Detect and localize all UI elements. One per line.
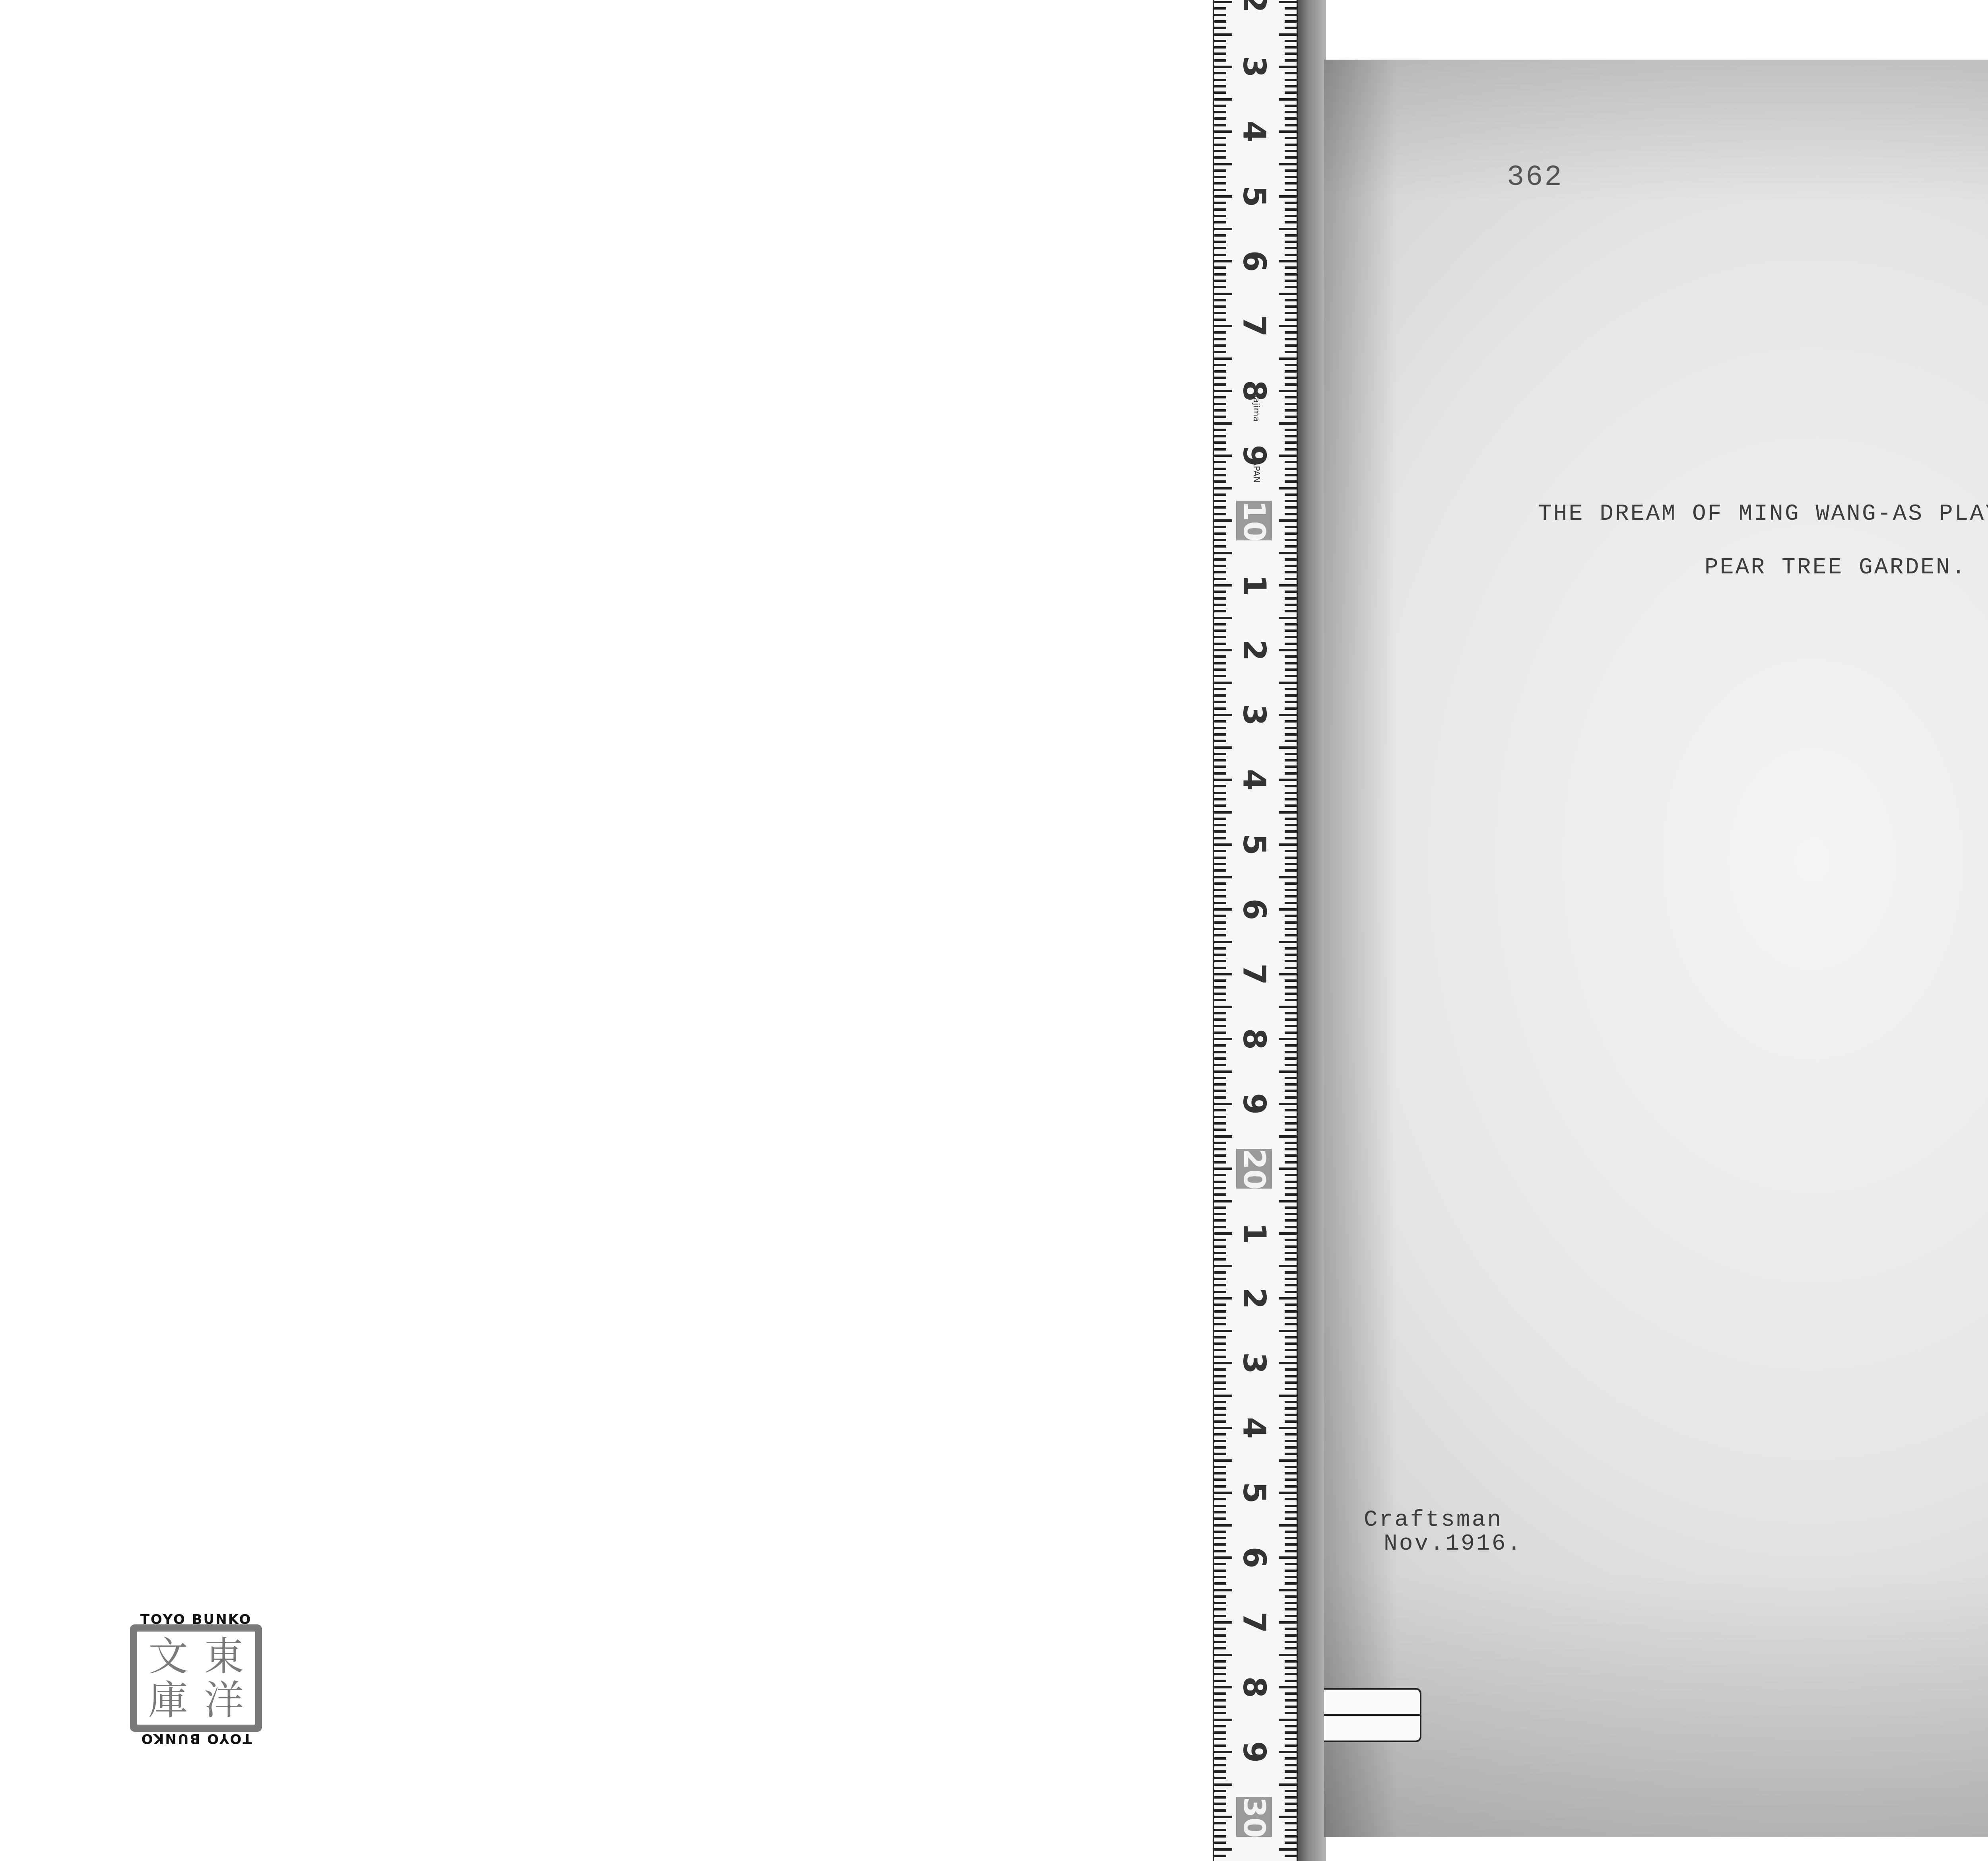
ruler-tick [1214,1356,1226,1358]
ruler-tick [1214,1388,1226,1390]
ruler-tick [1285,694,1297,697]
ruler-tick [1214,882,1226,885]
ruler-tick [1285,1375,1297,1377]
ruler-tick [1214,195,1232,198]
ruler-tick [1214,1044,1226,1047]
ruler-tick [1285,1478,1297,1481]
ruler-tick [1285,182,1297,185]
ruler-tick [1285,79,1297,81]
ruler-tick [1285,895,1297,897]
ruler-tick [1285,804,1297,807]
ruler-tick [1285,1576,1297,1578]
ruler-tick [1285,1310,1297,1313]
ruler-tick [1279,357,1297,360]
ruler-number: 7 [1236,1605,1272,1640]
ruler-tick [1214,461,1226,463]
ruler-tick [1285,1044,1297,1047]
ruler-tick [1285,52,1297,55]
ruler-tick [1285,921,1297,924]
ruler-tick [1285,1517,1297,1520]
ruler-tick [1285,578,1297,580]
ruler-tick [1214,319,1226,321]
seal-char: 東 [196,1635,252,1678]
ruler-tick [1214,1809,1226,1812]
ruler-tick [1285,1712,1297,1714]
ruler-tick [1214,623,1226,626]
ruler-tick [1285,254,1297,256]
ruler-tick [1214,850,1226,852]
ruler-tick [1279,1719,1297,1721]
ruler-tick [1285,111,1297,113]
ruler-tick [1285,1388,1297,1390]
ruler-tick [1279,390,1297,392]
ruler-tick [1214,266,1226,269]
ruler-tick [1214,1466,1226,1468]
ruler-tick [1285,1570,1297,1572]
ruler-tick [1214,130,1232,133]
ruler-tick [1214,1297,1232,1300]
ruler-tick [1285,824,1297,826]
ruler-tick [1285,1563,1297,1565]
ruler-tick [1285,1342,1297,1345]
ruler-tick [1285,46,1297,49]
ruler-tick [1285,740,1297,742]
ruler-tick [1214,357,1232,360]
ruler-tick [1214,1401,1226,1403]
ruler-tick [1214,1647,1226,1649]
ruler-tick [1285,1258,1297,1261]
ruler-tick [1214,351,1226,353]
ruler-tick [1285,792,1297,794]
ruler-tick [1214,1181,1226,1183]
ruler-tick [1285,967,1297,969]
ruler-tick [1285,1122,1297,1125]
ruler-tick [1285,591,1297,593]
ruler-tick [1285,14,1297,16]
ruler-tick [1285,830,1297,833]
ruler-tick [1279,714,1297,716]
ruler-tick [1214,111,1226,113]
ruler-tick [1214,1790,1226,1792]
ruler-tick [1214,487,1232,490]
ruler-tick [1285,565,1297,567]
label-row [1324,1714,1421,1742]
ruler-number: 5 [1236,827,1272,863]
ruler-tick [1214,59,1226,62]
ruler-tick [1285,1148,1297,1150]
ruler-number: 9 [1236,1086,1272,1122]
ruler-tick [1214,241,1226,243]
ruler-tick [1214,1057,1226,1060]
title-line-2: PEAR TREE GARDEN. [1705,555,1967,581]
ruler-tick [1214,908,1232,911]
ruler-tick [1285,604,1297,606]
ruler-tick [1214,694,1226,697]
ruler-tick [1285,124,1297,126]
ruler-tick [1214,144,1226,146]
ruler-tick [1214,163,1232,165]
ruler-tick [1285,383,1297,386]
ruler-tick [1214,701,1226,703]
ruler-tick [1214,1453,1226,1455]
ruler-tick [1279,228,1297,230]
ruler-tick [1279,1103,1297,1105]
ruler-tick [1214,869,1226,872]
ruler-tick [1214,286,1226,288]
ruler-tick [1279,455,1297,457]
ruler-tick [1285,1699,1297,1702]
ruler-tick [1285,993,1297,995]
ruler-tick [1214,1712,1226,1714]
ruler-tick [1214,150,1226,152]
ruler-tick [1214,1161,1226,1164]
ruler-tick [1214,941,1232,943]
ruler-tick [1285,1433,1297,1436]
ruler-tick [1214,1265,1232,1267]
ruler-tick [1214,98,1232,101]
ruler-tick [1214,1511,1226,1513]
ruler-tick [1279,649,1297,651]
ruler-tick [1214,526,1226,528]
ruler-tick [1214,643,1226,645]
ruler-tick [1285,1466,1297,1468]
ruler-tick [1214,1796,1226,1799]
ruler-tick [1214,1381,1226,1384]
ruler-tick [1279,1654,1297,1656]
ruler-tick [1214,1187,1226,1189]
ruler-tick [1214,429,1226,431]
ruler-number: 2 [1236,632,1272,668]
ruler-tick [1214,1764,1226,1766]
ruler-tick [1214,999,1226,1001]
ruler-tick [1214,1070,1232,1073]
ruler-tick [1285,1582,1297,1585]
ruler-tick [1214,1576,1226,1578]
ruler-tick [1285,27,1297,29]
ruler-tick [1285,1271,1297,1274]
ruler-tick [1285,448,1297,451]
ruler-number: 4 [1236,1410,1272,1446]
ruler-tick [1279,1265,1297,1267]
ruler-tick [1214,1608,1226,1610]
ruler-tick [1214,506,1226,509]
ruler-tick [1285,1855,1297,1857]
ruler-tick [1285,1738,1297,1740]
ruler-tick [1214,1375,1226,1377]
ruler-tick [1285,85,1297,87]
ruler-tick [1214,312,1226,314]
ruler-tick [1214,1524,1232,1527]
ruler-tick [1214,714,1232,716]
ruler-tick [1285,668,1297,671]
ruler-tick [1285,1667,1297,1669]
ruler-tick [1214,1096,1226,1099]
ruler-tick [1279,876,1297,878]
ruler-tick [1214,247,1226,249]
ruler-tick [1214,1303,1226,1306]
ruler-tick [1285,1278,1297,1280]
binding-shadow-strip [1298,0,1326,1861]
ruler-tick [1279,1330,1297,1332]
ruler-tick [1285,1608,1297,1610]
ruler-tick [1214,668,1226,671]
ruler-tick [1214,85,1226,87]
ruler-number: 6 [1236,243,1272,279]
ruler-tick [1285,493,1297,496]
ruler-tick [1285,1057,1297,1060]
ruler-tick [1214,552,1232,554]
ruler-tick [1285,241,1297,243]
ruler-tick [1285,1239,1297,1241]
ruler-tick [1285,1842,1297,1844]
ruler-tick [1285,1692,1297,1695]
ruler-tick [1285,169,1297,172]
ruler-tick [1214,124,1226,126]
ruler-tick [1285,1809,1297,1812]
ruler-tick [1214,1543,1226,1546]
ruler-tick [1285,441,1297,444]
ruler-tick [1214,539,1226,541]
ruler-tick [1214,273,1226,276]
ruler-tick [1285,1835,1297,1838]
ruler-tick [1285,1822,1297,1824]
ruler-tick [1285,480,1297,483]
ruler-tick [1214,299,1226,301]
ruler-tick [1214,208,1226,211]
ruler-tick [1285,1291,1297,1293]
ruler-tick [1285,299,1297,301]
ruler-tick [1214,1148,1226,1150]
ruler-tick [1279,293,1297,295]
ruler-tick [1214,1446,1226,1449]
ruler-tick [1214,20,1226,23]
ruler-tick [1285,1401,1297,1403]
ruler-tick [1285,1595,1297,1598]
ruler-tick [1214,1206,1226,1209]
ruler-tick [1285,1615,1297,1617]
ruler-tick [1279,973,1297,975]
ruler-tick [1285,7,1297,10]
ruler-tick [1214,7,1226,10]
ruler-decade-marker: 10 [1236,501,1272,540]
ruler-tick [1279,1524,1297,1527]
ruler-tick [1214,921,1226,924]
ruler-tick [1285,1634,1297,1637]
ruler-tick [1214,280,1226,282]
ruler-tick [1214,1414,1226,1416]
ruler-tick [1214,1731,1226,1734]
ruler-tick [1214,1440,1226,1442]
ruler-tick [1285,785,1297,787]
ruler-tick [1279,33,1297,36]
ruler-tick [1279,130,1297,133]
ruler-tick [1279,260,1297,262]
ruler-tick [1285,1025,1297,1027]
ruler-tick [1285,1213,1297,1215]
ruler-number: 7 [1236,308,1272,344]
ruler-tick [1285,1550,1297,1552]
ruler-tick [1214,493,1226,496]
ruler-tick [1285,727,1297,729]
ruler-tick [1214,1673,1226,1675]
ruler-tick [1285,928,1297,930]
ruler-tick [1285,1051,1297,1053]
ruler-tick [1214,1757,1226,1760]
ruler-tick [1285,40,1297,42]
ruler-tick [1214,1083,1226,1086]
ruler-tick [1214,1654,1232,1656]
ruler-tick [1285,409,1297,412]
ruler-tick [1214,1407,1226,1410]
ruler-tick [1214,993,1226,995]
ruler-tick [1214,824,1226,826]
ruler-tick [1214,779,1232,781]
ruler-number: 1 [1236,567,1272,603]
ruler-tick [1214,422,1232,425]
ruler-tick [1214,1738,1226,1740]
ruler-tick [1214,1835,1226,1838]
ruler-tick [1214,1582,1226,1585]
ruler-tick [1279,519,1297,522]
ruler-tick [1285,1083,1297,1086]
ruler-tick [1214,649,1232,651]
ruler-tick [1214,636,1226,638]
ruler-tick [1285,1174,1297,1176]
ruler-tick [1285,1790,1297,1792]
ruler-tick [1214,370,1226,373]
ruler-number: 2 [1236,0,1272,20]
stamp-seal-frame: 文 庫 東 洋 [130,1624,262,1732]
ruler-tick [1279,682,1297,684]
ruler-tick [1285,1829,1297,1831]
ruler-tick [1214,1129,1226,1131]
ruler-tick [1285,882,1297,885]
ruler-tick [1285,513,1297,515]
ruler-number: 6 [1236,1540,1272,1575]
ruler-tick [1285,429,1297,431]
ruler-tick [1279,1362,1297,1364]
ruler-tick [1214,818,1226,820]
ruler-decade-marker: 20 [1236,1149,1272,1189]
ruler-tick [1214,468,1226,470]
ruler-tick [1214,416,1226,418]
ruler-tick [1214,364,1226,366]
ruler-tick [1214,189,1226,191]
ruler-tick [1214,532,1226,535]
ruler-tick [1214,928,1226,930]
ruler-tick [1214,1167,1232,1170]
ruler-tick [1285,675,1297,677]
stamp-bottom-text: TOYO BUNKO [130,1731,262,1746]
ruler-tick [1214,1310,1226,1313]
ruler-tick [1285,1129,1297,1131]
ruler-tick [1285,1485,1297,1488]
ruler-tick [1285,468,1297,470]
ruler-tick [1214,1563,1226,1565]
ruler-tick [1285,999,1297,1001]
ruler-tick [1279,746,1297,749]
ruler-tick [1214,1291,1226,1293]
ruler-decade-marker: 30 [1236,1797,1272,1837]
ruler-tick [1214,1816,1232,1818]
ruler-tick [1285,707,1297,710]
ruler-tick [1214,1634,1226,1637]
ruler-tick [1214,558,1226,561]
ruler-tick [1214,1492,1232,1494]
ruler-tick [1214,578,1226,580]
ruler-tick [1214,1109,1226,1111]
ruler-tick [1214,1621,1232,1624]
ruler-tick [1214,804,1226,807]
ruler-tick [1214,1537,1226,1539]
ruler-tick [1285,889,1297,891]
ruler-tick [1279,1751,1297,1753]
ruler-tick [1214,519,1232,522]
ruler-tick [1214,655,1226,658]
ruler-tick [1214,740,1226,742]
ruler-tick [1279,1297,1297,1300]
ruler-tick [1214,1142,1226,1144]
ruler-number: 1 [1236,1216,1272,1251]
ruler-tick [1285,506,1297,509]
ruler-tick [1214,1317,1226,1319]
ruler-tick [1214,765,1226,768]
left-blank-page: TOYO BUNKO 文 庫 東 洋 TOYO BUNKO [0,0,1213,1861]
ruler-tick [1285,144,1297,146]
ruler-number: 5 [1236,179,1272,214]
ruler-tick [1214,1135,1232,1138]
ruler-tick [1285,1537,1297,1539]
ruler-tick [1285,280,1297,282]
ruler-tick [1279,1232,1297,1235]
ruler-tick [1214,1284,1226,1286]
ruler-tick [1279,1589,1297,1591]
ruler-tick [1285,1219,1297,1222]
ruler-tick [1214,772,1226,775]
ruler-tick [1214,331,1226,334]
ruler-tick [1214,1641,1226,1643]
ruler-tick [1279,941,1297,943]
ruler-tick [1285,137,1297,139]
ruler-tick [1279,1167,1297,1170]
ruler-tick [1214,117,1226,120]
ruler-tick [1214,979,1226,982]
ruler-tick [1214,954,1226,956]
ruler-tick [1214,1271,1226,1274]
ruler-number: 9 [1236,1734,1272,1770]
ruler-tick [1279,1816,1297,1818]
ruler-tick [1214,156,1226,159]
ruler-tick [1214,1517,1226,1520]
ruler-tick [1214,1570,1226,1572]
ruler-tick [1285,1245,1297,1248]
ruler-tick [1214,1154,1226,1157]
ruler-tick [1214,617,1232,619]
ruler-tick [1214,14,1226,16]
ruler-tick [1279,1686,1297,1688]
ruler-tick [1214,79,1226,81]
ruler-tick [1285,370,1297,373]
ruler-tick [1214,1064,1226,1066]
ruler-tick [1214,1103,1232,1105]
ruler-tick [1214,973,1232,975]
stamp-seal-characters: 文 庫 東 洋 [140,1635,252,1721]
ruler-tick [1279,811,1297,814]
ruler-tick [1279,1848,1297,1851]
ruler-tick [1214,1550,1226,1552]
ruler-tick [1285,1356,1297,1358]
ruler-tick [1214,1770,1226,1773]
